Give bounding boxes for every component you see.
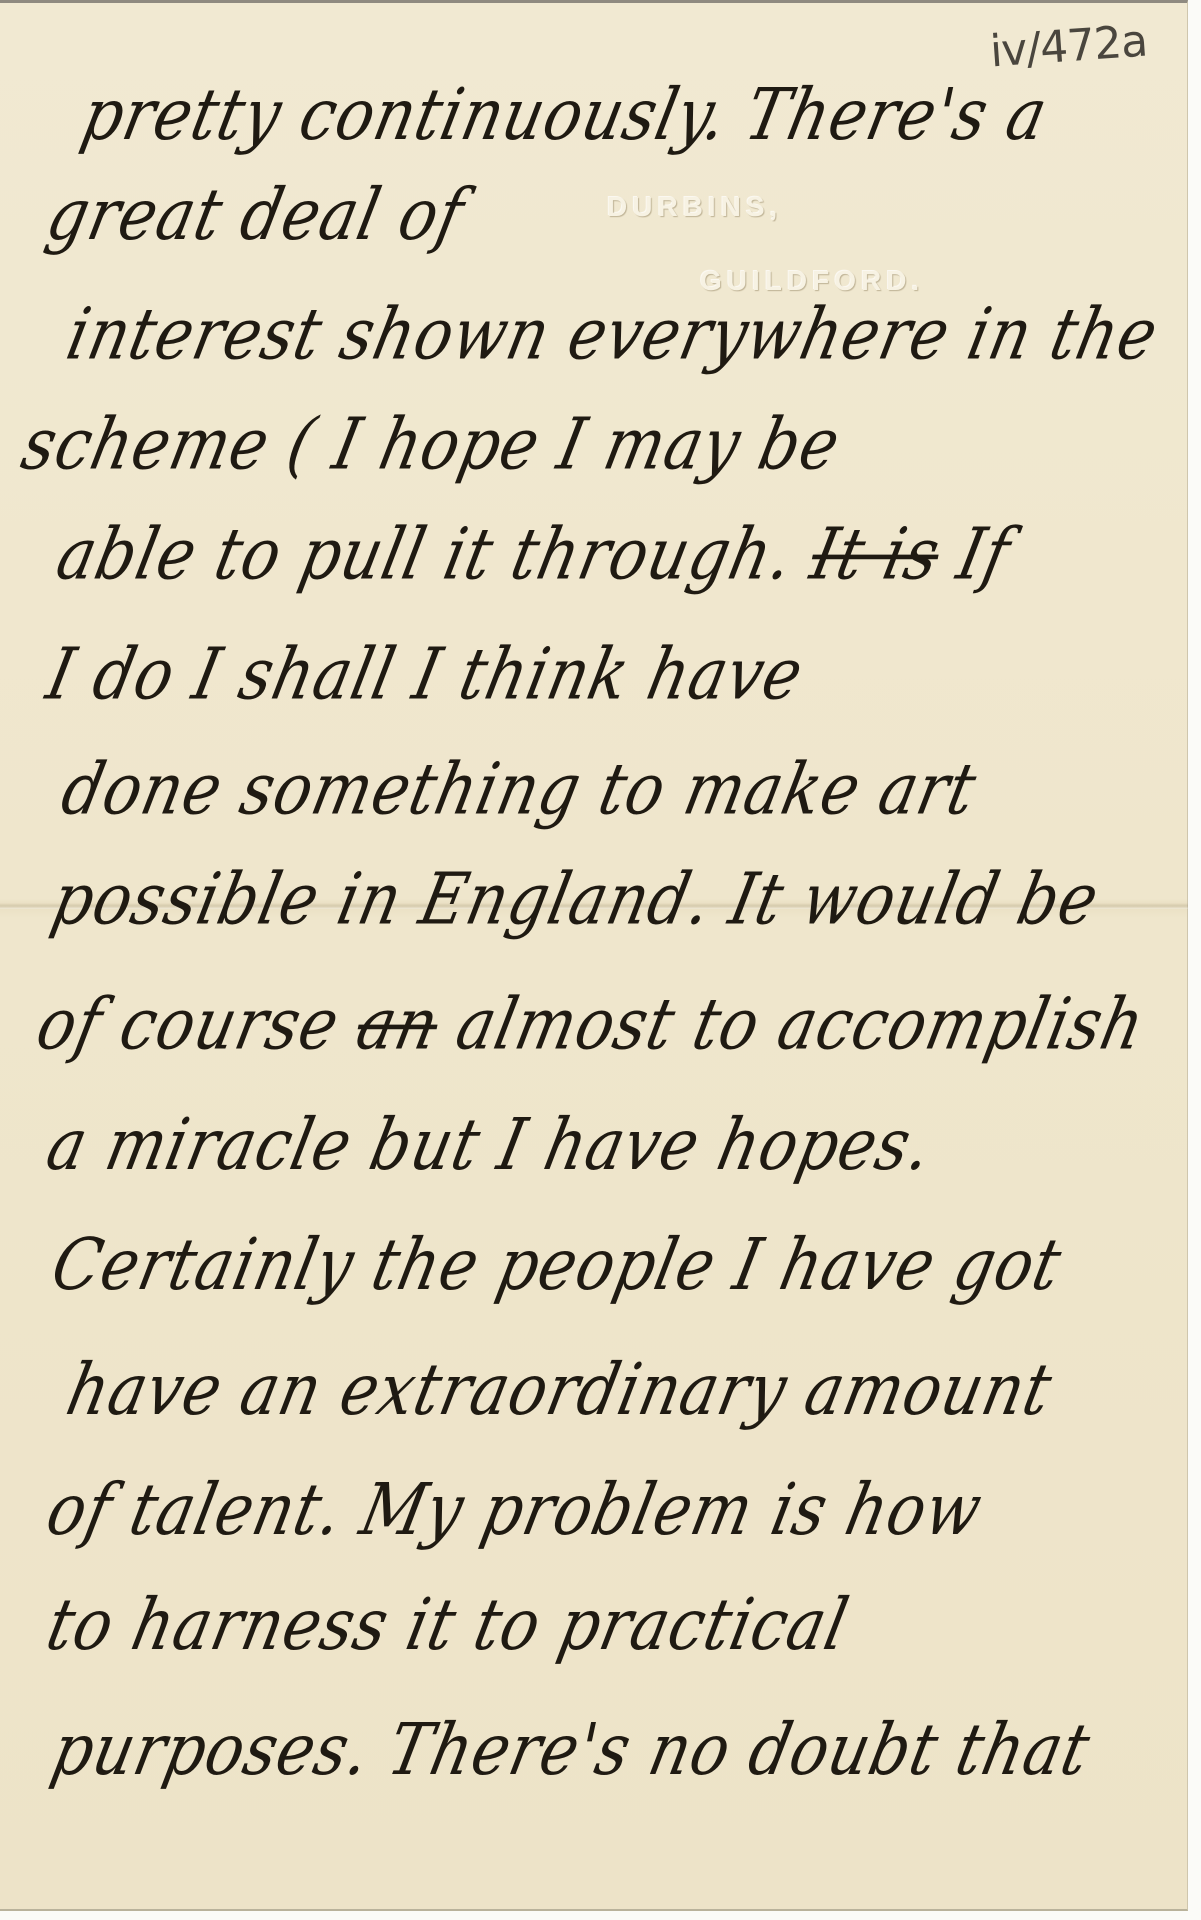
letterhead-line1: DURBINS, bbox=[607, 191, 782, 223]
handwritten-line-7: done something to make art bbox=[55, 747, 984, 831]
catalog-number: iv/472a bbox=[988, 16, 1148, 78]
struck-text: It is bbox=[804, 512, 948, 596]
handwritten-line-2: great deal of bbox=[40, 172, 472, 256]
handwritten-line-12: have an extraordinary amount bbox=[60, 1347, 1060, 1431]
handwritten-line-14: to harness it to practical bbox=[40, 1582, 856, 1666]
handwritten-line-11: Certainly the people I have got bbox=[45, 1222, 1069, 1306]
letter-page: iv/472a DURBINS, GUILDFORD. pretty conti… bbox=[0, 0, 1188, 1911]
handwritten-line-5: able to pull it through. It is If bbox=[50, 512, 1018, 596]
handwritten-line-4: scheme ( I hope I may be bbox=[15, 402, 848, 486]
handwritten-line-1: pretty continuously. There's a bbox=[75, 72, 1055, 156]
handwritten-line-15: purposes. There's no doubt that bbox=[45, 1707, 1098, 1791]
handwritten-line-13: of talent. My problem is how bbox=[40, 1467, 990, 1551]
handwritten-line-3: interest shown everywhere in the bbox=[60, 292, 1166, 376]
handwritten-line-10: a miracle but I have hopes. bbox=[40, 1102, 940, 1186]
handwritten-line-6: I do I shall I think have bbox=[40, 632, 811, 716]
handwritten-line-9: of course an almost to accomplish bbox=[30, 982, 1152, 1066]
line-5-text: able to pull it through. bbox=[50, 512, 801, 596]
line-9-text: of course bbox=[30, 982, 347, 1066]
line-9-after: almost to accomplish bbox=[429, 982, 1152, 1066]
handwritten-line-8: possible in England. It would be bbox=[45, 857, 1106, 941]
